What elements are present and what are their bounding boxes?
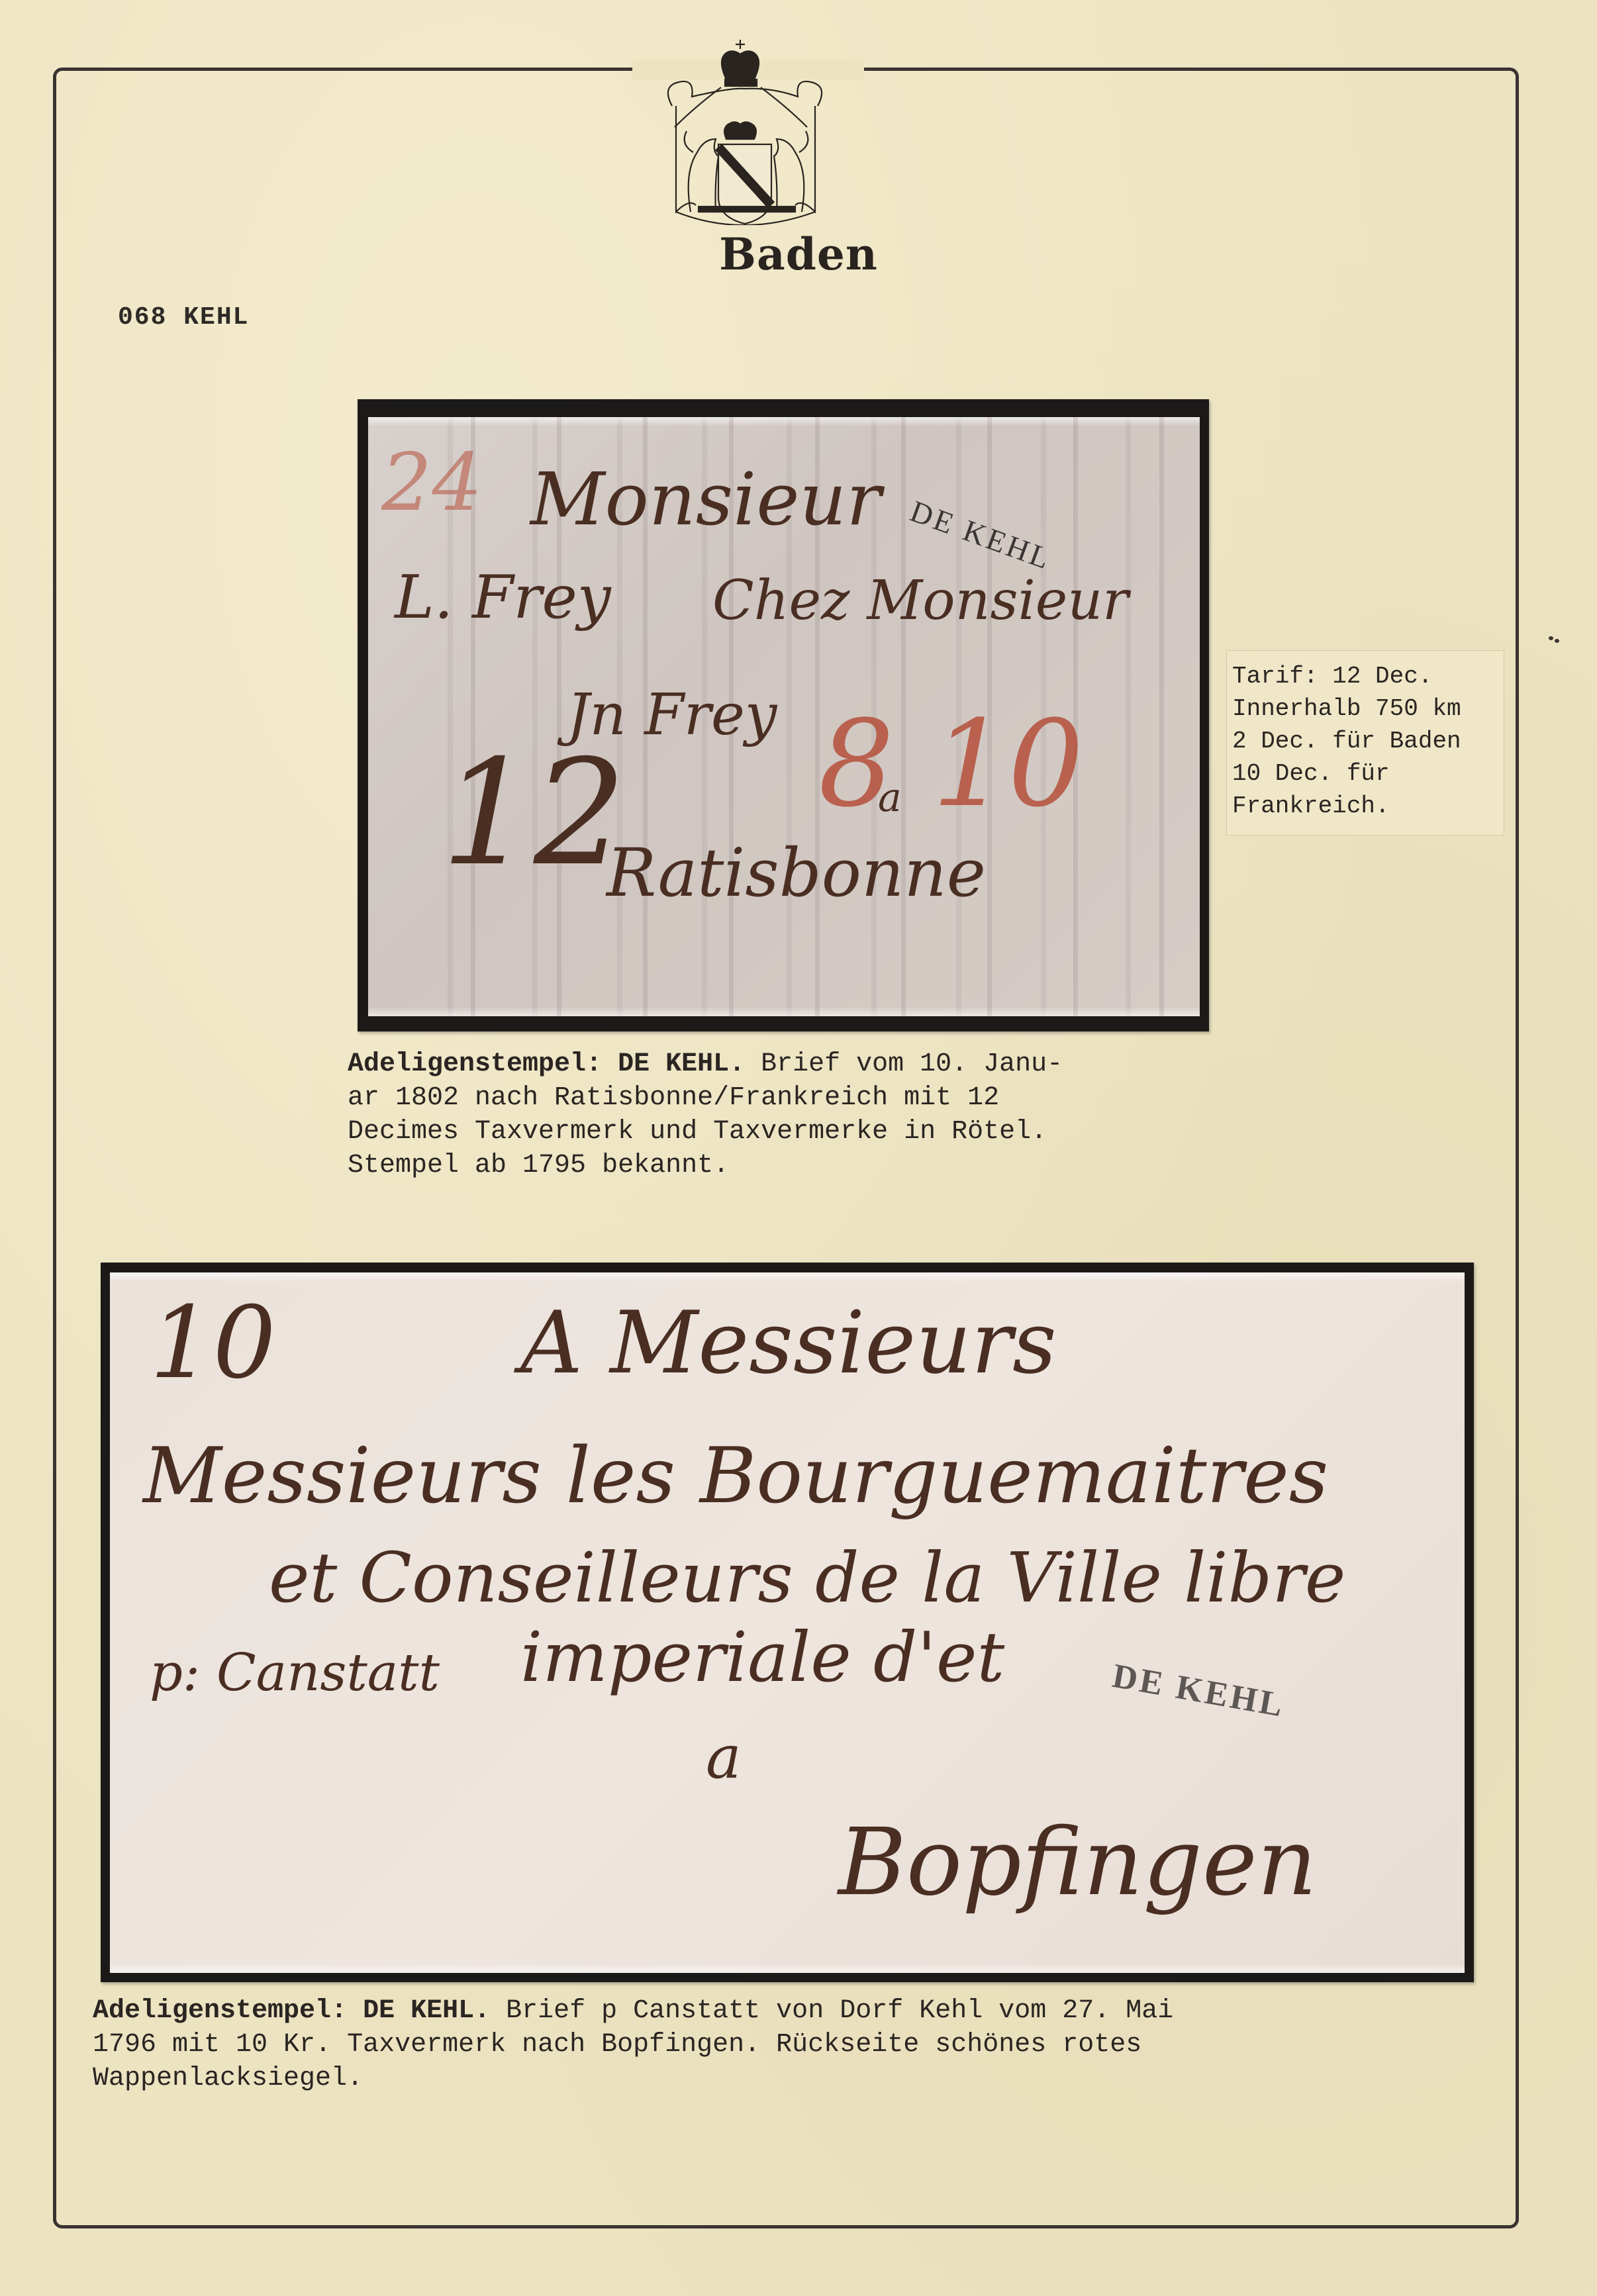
cover-letter-1796[interactable]: 10 A Messieurs Messieurs les Bourguemait… — [110, 1272, 1465, 1973]
red-chalk-mark: 24 — [381, 437, 483, 529]
red-chalk-tax-mark: 8 10 — [818, 695, 1084, 834]
cover-caption-1796: Adeligenstempel: DE KEHL. Brief p Cansta… — [93, 1994, 1173, 2095]
postmark-de-kehl: DE KEHL — [1110, 1656, 1288, 1725]
punch-mark — [1555, 639, 1559, 643]
route-note: p: Canstatt — [150, 1643, 440, 1703]
address-line: imperiale d'et — [520, 1617, 1004, 1698]
address-prefix: a — [878, 775, 902, 821]
cover-caption-1802: Adeligenstempel: DE KEHL. Brief vom 10. … — [348, 1047, 1063, 1182]
punch-mark — [1549, 636, 1553, 640]
cover-letter-1802[interactable]: 24 Monsieur L. Frey Chez Monsieur Jn Fre… — [368, 417, 1200, 1016]
address-line: Chez Monsieur — [712, 569, 1128, 632]
address-prefix: a — [706, 1723, 742, 1792]
caption-stamp-title: Adeligenstempel: DE KEHL. — [93, 1996, 490, 2026]
baden-coat-of-arms-icon — [652, 26, 841, 225]
tax-mark: 10 — [150, 1286, 276, 1401]
destination: Bopfingen — [838, 1809, 1317, 1917]
section-code: 068 KEHL — [118, 303, 249, 332]
address-line: Messieurs les Bourguemaitres — [143, 1431, 1328, 1521]
address-line: et Conseilleurs de la Ville libre — [269, 1537, 1345, 1618]
caption-stamp-title: Adeligenstempel: DE KEHL. — [348, 1049, 745, 1079]
tarif-note: Tarif: 12 Dec. Innerhalb 750 km 2 Dec. f… — [1226, 650, 1504, 836]
address-line: L. Frey — [395, 563, 611, 632]
sleeve-sheen — [110, 1272, 1465, 1282]
country-title: Baden — [0, 228, 1597, 280]
salutation: A Messieurs — [520, 1292, 1057, 1393]
sleeve-sheen — [110, 1964, 1465, 1973]
tax-mark: 12 — [441, 728, 626, 898]
address-line: Monsieur — [530, 457, 881, 542]
destination: Ratisbonne — [606, 834, 986, 912]
